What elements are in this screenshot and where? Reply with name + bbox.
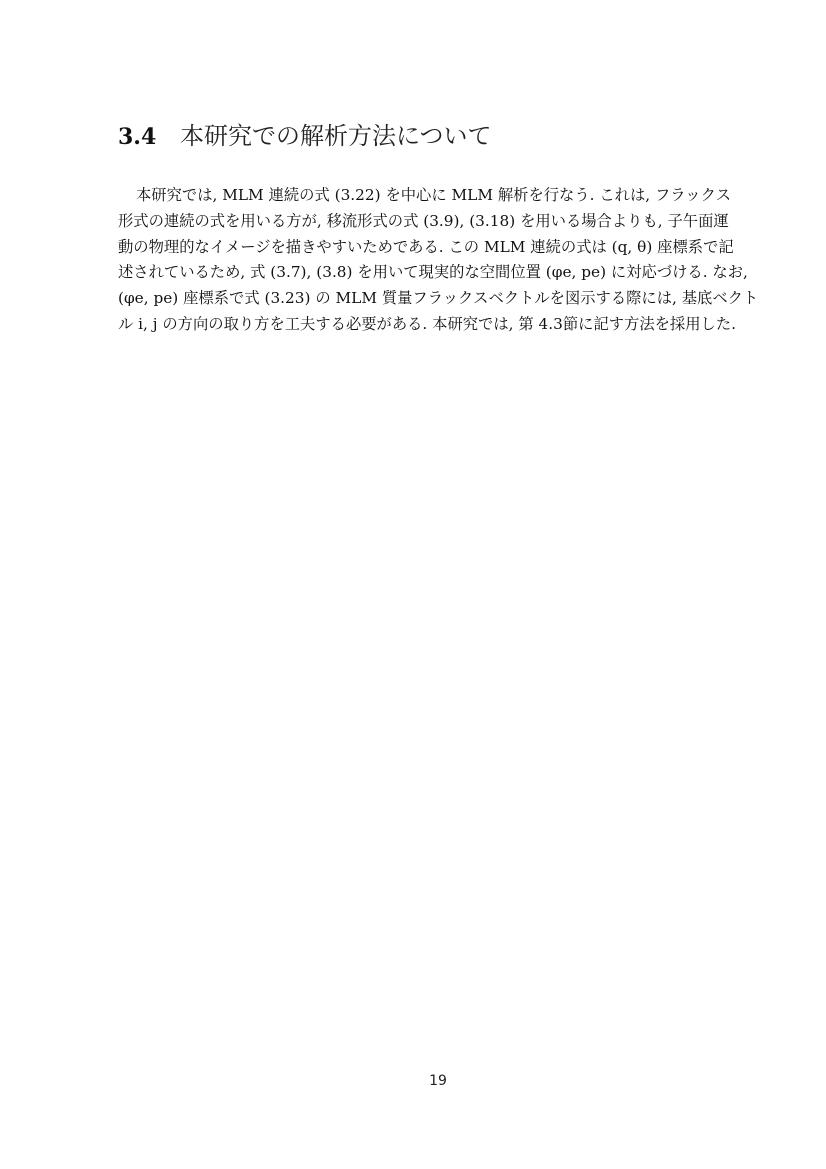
section-title: 本研究での解析方法について [180,116,492,151]
body-paragraph: 本研究では, MLM 連続の式 (3.22) を中心に MLM 解析を行なう. … [118,183,758,338]
paragraph-line: 形式の連続の式を用いる方が, 移流形式の式 (3.9), (3.18) を用いる… [118,209,758,235]
paragraph-line: 動の物理的なイメージを描きやすいためである. この MLM 連続の式は (q, … [118,235,758,261]
paragraph-line: 本研究では, MLM 連続の式 (3.22) を中心に MLM 解析を行なう. … [118,183,758,209]
paragraph-line: (φe, pe) 座標系で式 (3.23) の MLM 質量フラックスベクトルを… [118,286,758,312]
section-number: 3.4 [118,124,180,150]
paragraph-line: 述されているため, 式 (3.7), (3.8) を用いて現実的な空間位置 (φ… [118,260,758,286]
page-number: 19 [0,1073,826,1089]
section-heading: 3.4 本研究での解析方法について [118,116,492,150]
paragraph-line: ル i, j の方向の取り方を工夫する必要がある. 本研究では, 第 4.3節に… [118,312,758,338]
